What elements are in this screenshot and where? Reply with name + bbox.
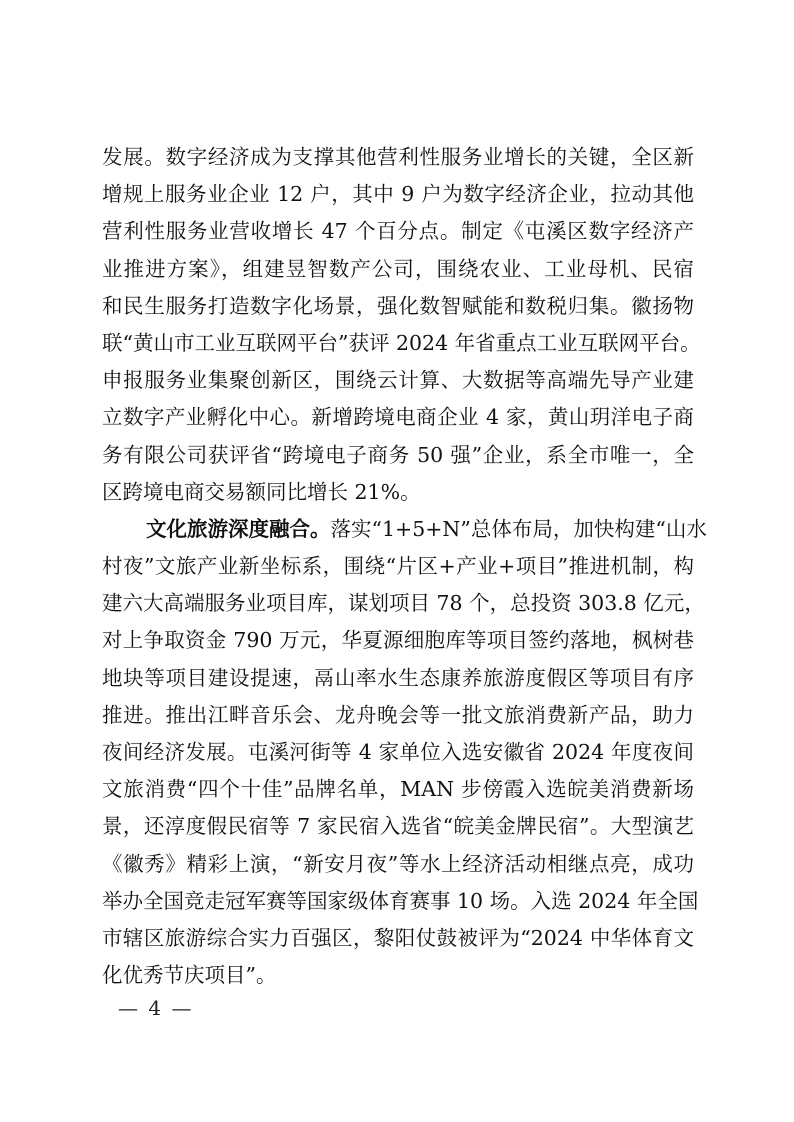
text-run: 落实“1+5+N”总体布局，加快构建“山水 [331, 517, 707, 541]
text-line: 化优秀节庆项目”。 [102, 957, 694, 994]
text-line: 市辖区旅游综合实力百强区，黎阳仗鼓被评为“2024 中华体育文 [102, 920, 694, 957]
text-line: 景，还淳度假民宿等 7 家民宿入选省“皖美金牌民宿”。大型演艺 [102, 808, 694, 845]
page-number: — 4 — [118, 996, 193, 1020]
text-line: 地块等项目建设提速，鬲山率水生态康养旅游度假区等项目有序 [102, 660, 694, 697]
section-heading: 文化旅游深度融合。 [146, 517, 331, 541]
text-line: 和民生服务打造数字化场景，强化数智赋能和数税归集。徽扬物 [102, 288, 694, 325]
document-page: 发展。数字经济成为支撑其他营利性服务业增长的关键，全区新 增规上服务业企业 12… [0, 0, 794, 1122]
text-line: 申报服务业集聚创新区，围绕云计算、大数据等高端先导产业建 [102, 362, 694, 399]
body-text: 发展。数字经济成为支撑其他营利性服务业增长的关键，全区新 增规上服务业企业 12… [102, 139, 694, 994]
paragraph-first-line: 文化旅游深度融合。落实“1+5+N”总体布局，加快构建“山水 [102, 511, 694, 548]
text-line: 举办全国竞走冠军赛等国家级体育赛事 10 场。入选 2024 年全国 [102, 883, 694, 920]
text-line: 对上争取资金 790 万元，华夏源细胞库等项目签约落地，枫树巷 [102, 622, 694, 659]
text-line: 务有限公司获评省“跨境电子商务 50 强”企业，系全市唯一，全 [102, 437, 694, 474]
text-line: 区跨境电商交易额同比增长 21%。 [102, 474, 694, 511]
text-line: 夜间经济发展。屯溪河街等 4 家单位入选安徽省 2024 年度夜间 [102, 734, 694, 771]
text-line: 立数字产业孵化中心。新增跨境电商企业 4 家，黄山玥洋电子商 [102, 399, 694, 436]
text-line: 营利性服务业营收增长 47 个百分点。制定《屯溪区数字经济产 [102, 213, 694, 250]
text-line: 推进。推出江畔音乐会、龙舟晚会等一批文旅消费新产品，助力 [102, 697, 694, 734]
text-line: 《徽秀》精彩上演，“新安月夜”等水上经济活动相继点亮，成功 [102, 846, 694, 883]
paragraph-culture-tourism: 文化旅游深度融合。落实“1+5+N”总体布局，加快构建“山水 村夜”文旅产业新坐… [102, 511, 694, 994]
text-line: 村夜”文旅产业新坐标系，围绕“片区+产业+项目”推进机制，构 [102, 548, 694, 585]
text-line: 联“黄山市工业互联网平台”获评 2024 年省重点工业互联网平台。 [102, 325, 694, 362]
text-line: 文旅消费“四个十佳”品牌名单，MAN 步傍霞入选皖美消费新场 [102, 771, 694, 808]
text-line: 发展。数字经济成为支撑其他营利性服务业增长的关键，全区新 [102, 139, 694, 176]
text-line: 增规上服务业企业 12 户，其中 9 户为数字经济企业，拉动其他 [102, 176, 694, 213]
text-line: 业推进方案》，组建昱智数产公司，围绕农业、工业母机、民宿 [102, 251, 694, 288]
paragraph-digital-economy: 发展。数字经济成为支撑其他营利性服务业增长的关键，全区新 增规上服务业企业 12… [102, 139, 694, 511]
text-line: 建六大高端服务业项目库，谋划项目 78 个，总投资 303.8 亿元， [102, 585, 694, 622]
